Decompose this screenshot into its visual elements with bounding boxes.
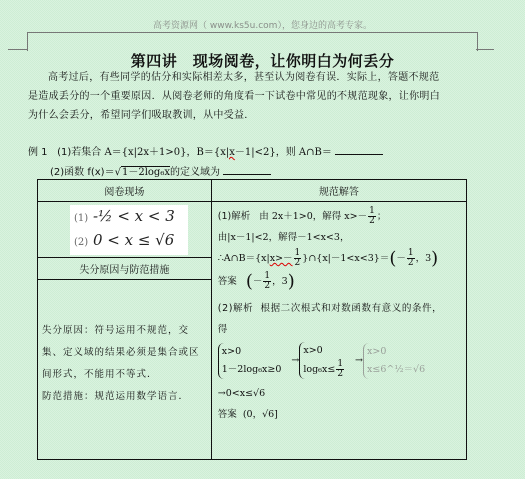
reason-header: 失分原因与防范措施	[38, 258, 212, 280]
header-scene: 阅卷现场	[38, 180, 212, 202]
intro-paragraph: 高考过后，有些同学的估分和实际相差太多，甚至认为阅卷有误．实际上，答题不规范 是…	[28, 68, 478, 125]
q2-suffix: 的定义域为	[170, 167, 220, 178]
solution-systems: x>01－2log₆x≥0 → x>0log₆x≤12 → x>0x≤6^½＝√…	[218, 342, 466, 379]
solution-step-5: →0<x≤√6	[218, 383, 466, 404]
intro-line-3: 为什么会丢分，希望同学们吸取教训，从中受益．	[28, 106, 478, 125]
solution-step-1: (1)解析 由 2x＋1>0，解得 x>－12；	[218, 206, 466, 227]
q1-set-b-pre: ，B＝{x	[187, 147, 226, 158]
header-standard-answer: 规范解答	[211, 180, 466, 202]
reason-cell: 失分原因：符号运用不规范，交集、定义域的结果必须是集合或区间形式，不能用不等式．…	[38, 280, 212, 460]
grading-table: 阅卷现场 规范解答 (1) -½ < x < 3 (2) 0 < x ≤ √6 …	[37, 179, 467, 460]
example-question-1: 例 1 (1)若集合 A＝{x|2x＋1>0}，B＝{x|x－1|<2}，则 A…	[28, 143, 383, 158]
q1-set-a: A＝{x|2x＋1>0}	[104, 147, 186, 158]
q1-prefix: (1)若集合	[57, 147, 101, 158]
q2-prefix: (2)函数 f(x)＝	[50, 167, 115, 178]
header-rule	[27, 32, 478, 51]
handwritten-cell: (1) -½ < x < 3 (2) 0 < x ≤ √6	[38, 202, 212, 258]
handwritten-line-2: 0 < x ≤ √6	[93, 231, 174, 249]
handwritten-answer-image: (1) -½ < x < 3 (2) 0 < x ≤ √6	[70, 205, 188, 255]
solution-step-3: ∴A∩B＝{x|x>－12}∩{x|－1<x<3}＝(－12，3)	[218, 248, 466, 269]
handwritten-line-1: -½ < x < 3	[93, 207, 175, 225]
prevention-text: 防范措施：规范运用数学语言．	[42, 386, 207, 408]
faded-system: x>0x≤6^½＝√6	[363, 343, 429, 379]
intro-line-2: 是造成丢分的一个重要原因．从阅卷老师的角度看一下试卷中常见的不规范现象，让你明白	[28, 87, 478, 106]
intro-line-1: 高考过后，有些同学的估分和实际相差太多，甚至认为阅卷有误．实际上，答题不规范	[28, 68, 478, 87]
answer-2: 答案 (0，√6]	[218, 404, 466, 425]
example-question-2: (2)函数 f(x)＝√1－2log₆x的定义域为	[50, 163, 271, 178]
q1-answer-blank	[335, 145, 383, 155]
q1-set-b-post: －1|<2}，则 A∩B＝	[235, 147, 332, 158]
q2-answer-blank	[223, 165, 271, 175]
solution-step-2: 由|x－1|<2，解得－1<x<3，	[218, 227, 466, 248]
example-label: 例 1	[28, 147, 48, 158]
reason-text: 失分原因：符号运用不规范，交集、定义域的结果必须是集合或区间形式，不能用不等式．	[42, 320, 207, 386]
solution-step-4b: 得	[218, 319, 466, 340]
standard-solution-cell: (1)解析 由 2x＋1>0，解得 x>－12； 由|x－1|<2，解得－1<x…	[211, 202, 466, 460]
q2-sqrt: 1－2log₆x	[121, 166, 170, 178]
solution-step-4: (2)解析 根据二次根式和对数函数有意义的条件，	[218, 298, 466, 319]
answer-1: 答案 (－12，3)	[218, 271, 466, 292]
page-header-note: 高考资源网（ www.ks5u.com），您身边的高考专家。	[0, 18, 525, 31]
q1-set-b-spellcheck: |x	[226, 147, 235, 158]
